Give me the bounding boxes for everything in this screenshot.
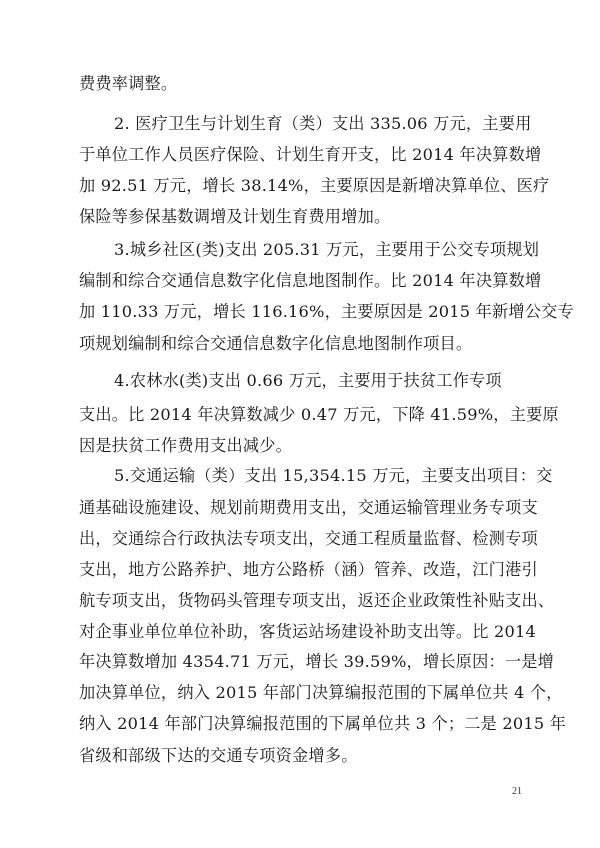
paragraph-first-line: 3.城乡社区(类)支出 205.31 万元，主要用于公交专项规划 bbox=[114, 240, 525, 260]
paragraph-first-line: 2. 医疗卫生与计划生育（类）支出 335.06 万元，主要用 bbox=[114, 114, 525, 134]
text-line: 项规划编制和综合交通信息数字化信息地图制作项目。 bbox=[79, 334, 525, 354]
text-line: 年决算数增加 4354.71 万元，增长 39.59%，增长原因：一是增 bbox=[79, 652, 525, 672]
text-line: 因是扶贫工作费用支出减少。 bbox=[79, 436, 525, 456]
text-line: 对企事业单位单位补助，客货运站场建设补助支出等。比 2014 bbox=[79, 622, 525, 642]
text-line: 加 92.51 万元，增长 38.14%，主要原因是新增决算单位、医疗 bbox=[79, 176, 525, 196]
text-line: 省级和部级下达的交通专项资金增多。 bbox=[79, 746, 525, 766]
text-line: 纳入 2014 年部门决算编报范围的下属单位共 3 个；二是 2015 年 bbox=[79, 714, 525, 734]
text-line: 支出。比 2014 年决算数减少 0.47 万元，下降 41.59%，主要原 bbox=[79, 405, 525, 425]
document-page: 费费率调整。2. 医疗卫生与计划生育（类）支出 335.06 万元，主要用于单位… bbox=[0, 0, 600, 848]
page-number: 21 bbox=[512, 786, 522, 797]
paragraph-first-line: 5.交通运输（类）支出 15,354.15 万元，主要支出项目：交 bbox=[114, 466, 525, 486]
text-line: 保险等参保基数调增及计划生育费用增加。 bbox=[79, 207, 525, 227]
text-line: 出，交通综合行政执法专项支出，交通工程质量监督、检测专项 bbox=[79, 529, 525, 549]
text-line: 费费率调整。 bbox=[79, 74, 525, 94]
paragraph-first-line: 4.农林水(类)支出 0.66 万元，主要用于扶贫工作专项 bbox=[114, 371, 525, 391]
text-line: 航专项支出，货物码头管理专项支出，返还企业政策性补贴支出、 bbox=[79, 591, 525, 611]
text-line: 加决算单位，纳入 2015 年部门决算编报范围的下属单位共 4 个， bbox=[79, 683, 525, 703]
text-line: 于单位工作人员医疗保险、计划生育开支，比 2014 年决算数增 bbox=[79, 145, 525, 165]
text-line: 支出，地方公路养护、地方公路桥（涵）管养、改造，江门港引 bbox=[79, 560, 525, 580]
text-line: 通基础设施建设、规划前期费用支出，交通运输管理业务专项支 bbox=[79, 498, 525, 518]
text-line: 加 110.33 万元，增长 116.16%，主要原因是 2015 年新增公交专 bbox=[79, 302, 525, 322]
text-line: 编制和综合交通信息数字化信息地图制作。比 2014 年决算数增 bbox=[79, 271, 525, 291]
